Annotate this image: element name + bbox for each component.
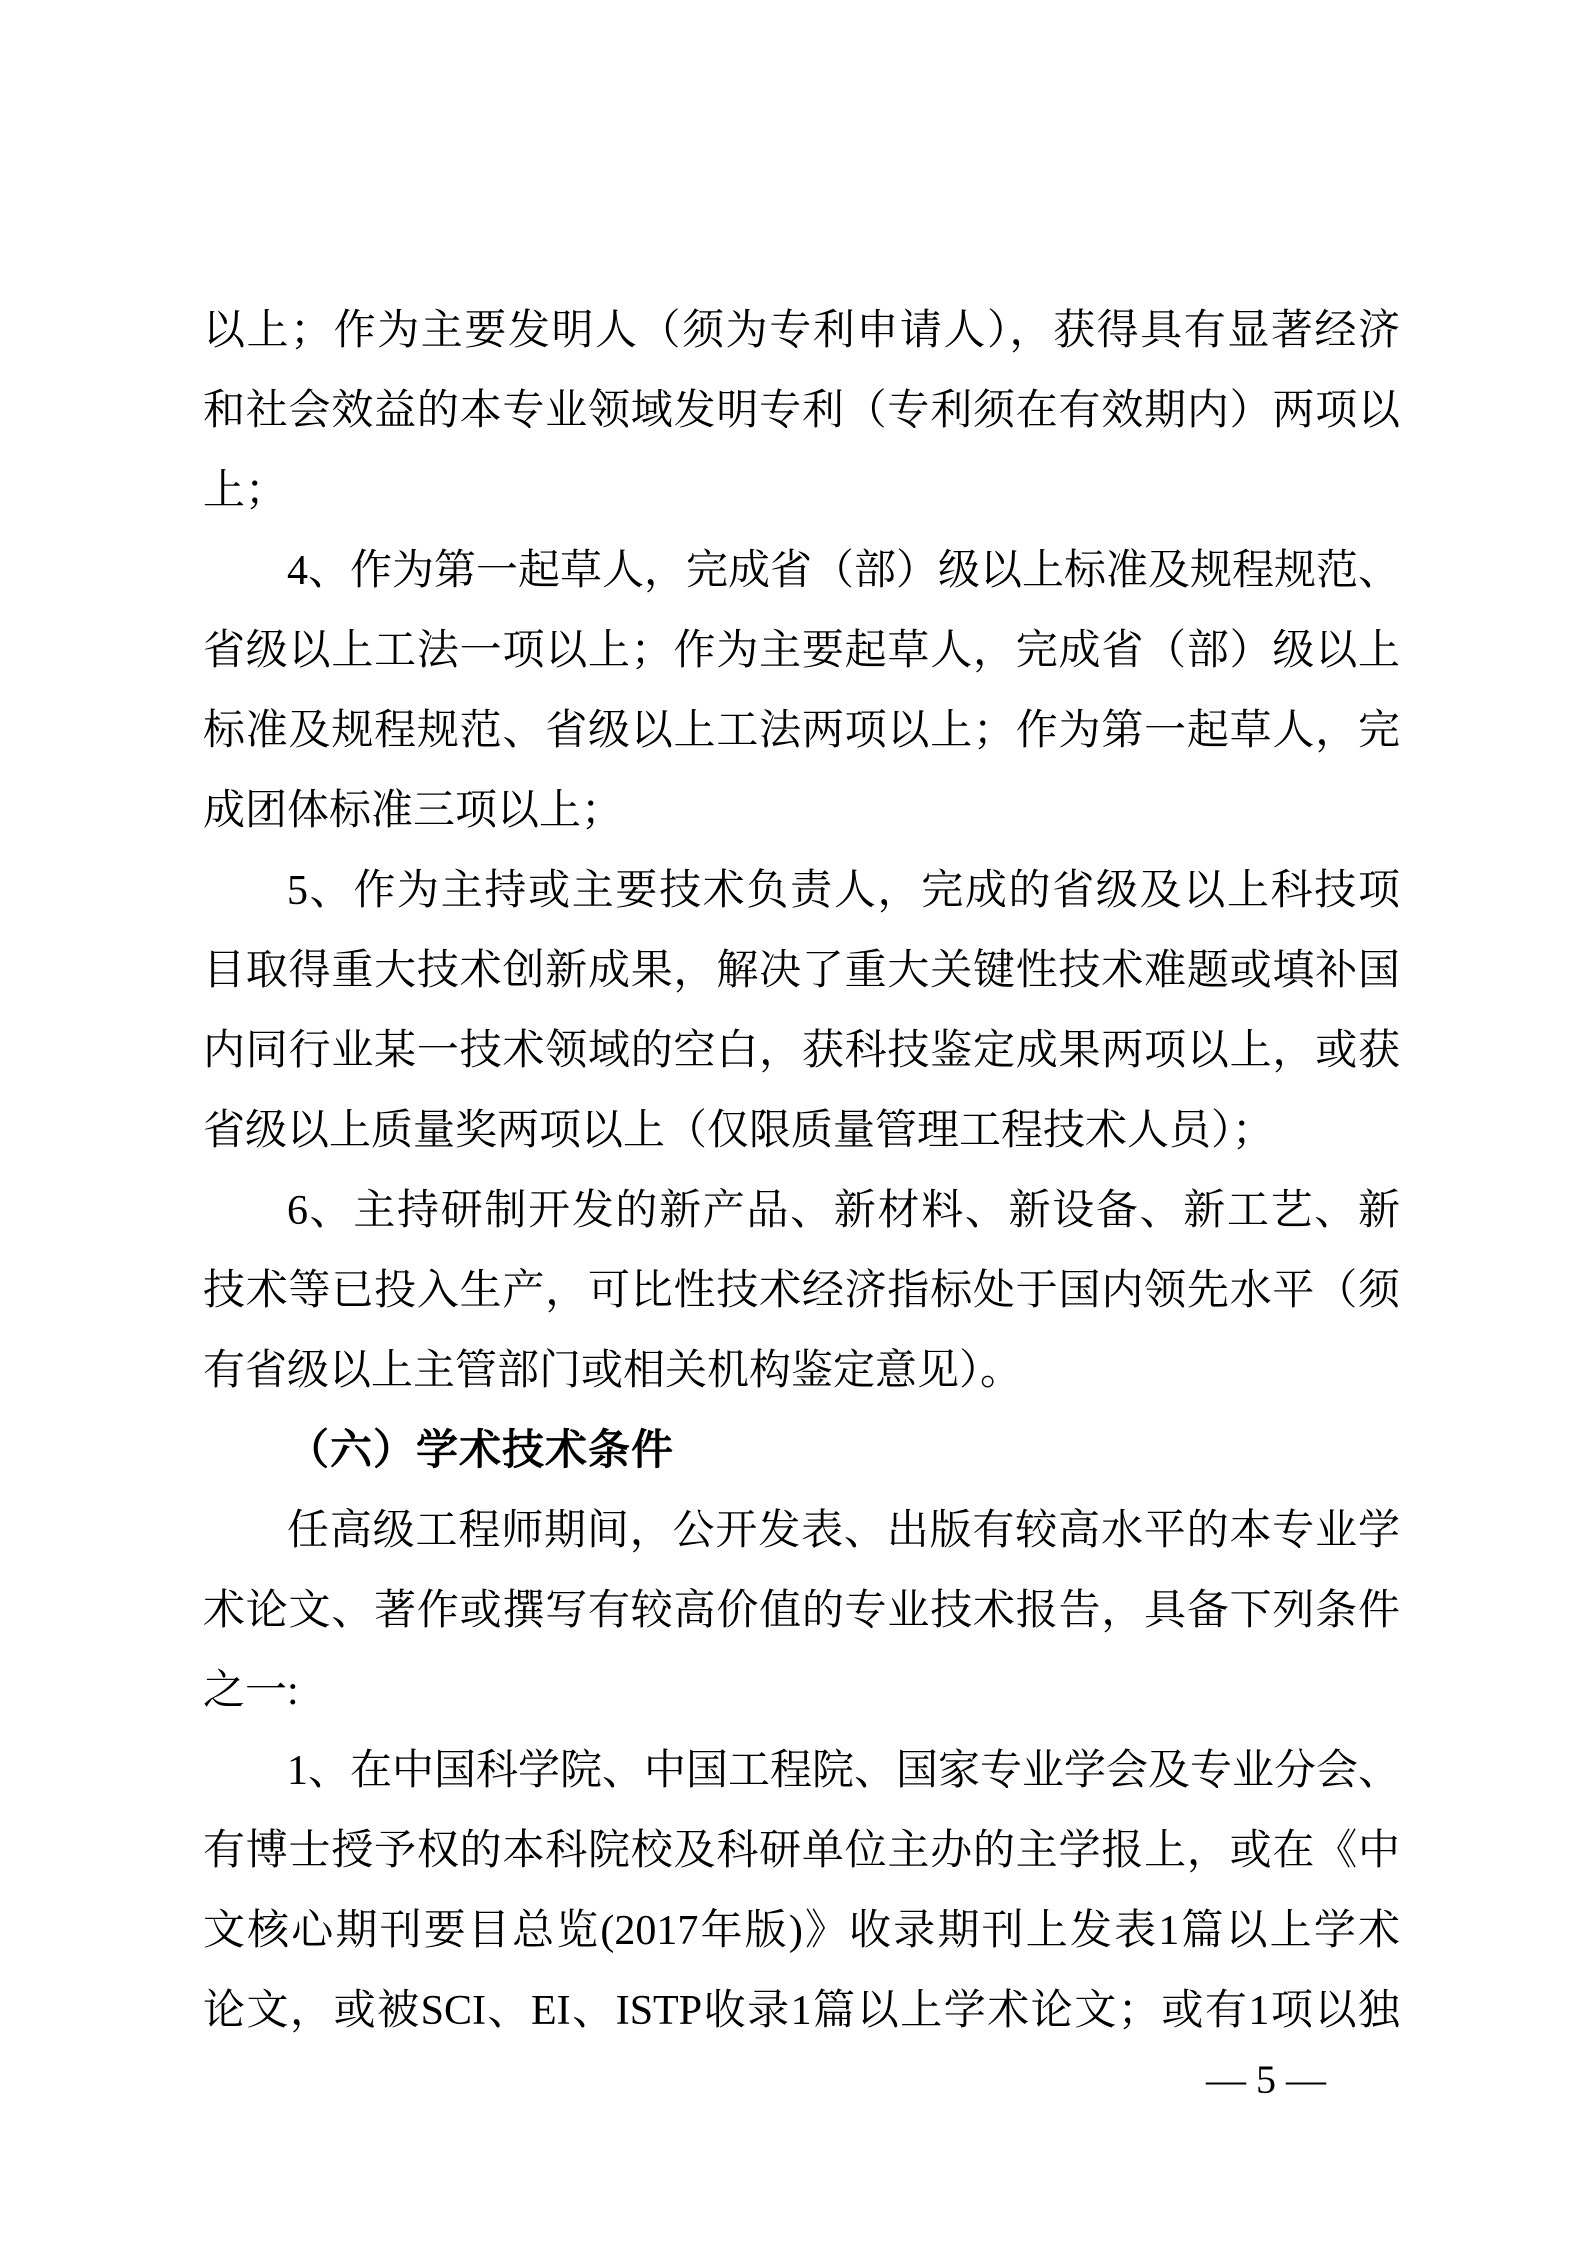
text-line: 之一: <box>203 1651 1400 1731</box>
text-line: 文核心期刊要目总览(2017年版)》收录期刊上发表1篇以上学术 <box>203 1891 1400 1971</box>
document-page: 以上；作为主要发明人（须为专利申请人），获得具有显著经济 和社会效益的本专业领域… <box>0 0 1587 2245</box>
text-line: 和社会效益的本专业领域发明专利（专利须在有效期内）两项以 <box>203 371 1400 451</box>
text-line: 有省级以上主管部门或相关机构鉴定意见）。 <box>203 1331 1400 1411</box>
text-line: 以上；作为主要发明人（须为专利申请人），获得具有显著经济 <box>203 291 1400 371</box>
text-line: 1、在中国科学院、中国工程院、国家专业学会及专业分会、 <box>203 1731 1400 1811</box>
text-line: 省级以上工法一项以上；作为主要起草人，完成省（部）级以上 <box>203 611 1400 691</box>
text-line: 技术等已投入生产，可比性技术经济指标处于国内领先水平（须 <box>203 1251 1400 1331</box>
page-number: — 5 — <box>1206 2052 1406 2108</box>
text-line: 上； <box>203 451 1400 531</box>
text-line: 论文，或被SCI、EI、ISTP收录1篇以上学术论文；或有1项以独 <box>203 1971 1400 2051</box>
text-line: 标准及规程规范、省级以上工法两项以上；作为第一起草人，完 <box>203 691 1400 771</box>
text-line: 4、作为第一起草人，完成省（部）级以上标准及规程规范、 <box>203 531 1400 611</box>
text-line: 有博士授予权的本科院校及科研单位主办的主学报上，或在《中 <box>203 1811 1400 1891</box>
text-line: 任高级工程师期间，公开发表、出版有较高水平的本专业学 <box>203 1491 1400 1571</box>
text-line: 术论文、著作或撰写有较高价值的专业技术报告，具备下列条件 <box>203 1571 1400 1651</box>
text-line: 5、作为主持或主要技术负责人，完成的省级及以上科技项 <box>203 851 1400 931</box>
text-line: 6、主持研制开发的新产品、新材料、新设备、新工艺、新 <box>203 1171 1400 1251</box>
text-line: 目取得重大技术创新成果，解决了重大关键性技术难题或填补国 <box>203 931 1400 1011</box>
section-heading: （六）学术技术条件 <box>203 1411 1400 1491</box>
text-line: 省级以上质量奖两项以上（仅限质量管理工程技术人员）； <box>203 1091 1400 1171</box>
text-line: 内同行业某一技术领域的空白，获科技鉴定成果两项以上，或获 <box>203 1011 1400 1091</box>
text-line: 成团体标准三项以上； <box>203 771 1400 851</box>
